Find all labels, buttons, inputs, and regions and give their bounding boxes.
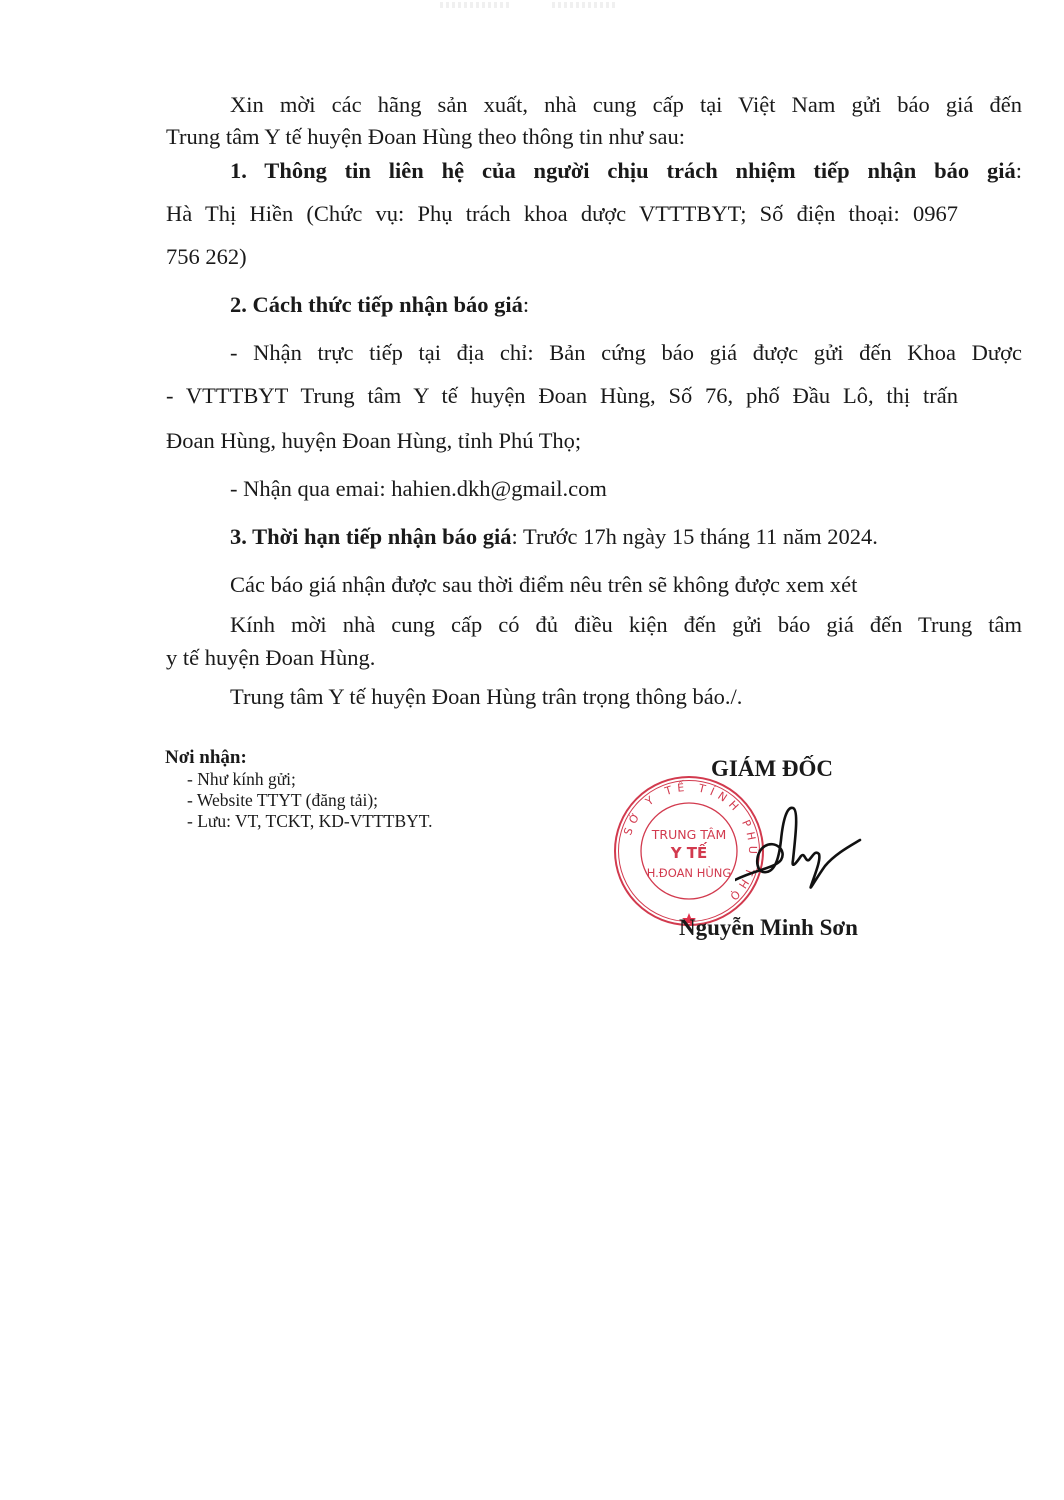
- intro-line-2: Trung tâm Y tế huyện Đoan Hùng theo thôn…: [166, 124, 958, 150]
- section-2-heading: 2. Cách thức tiếp nhận báo giá: [230, 292, 523, 317]
- section-2-colon: :: [523, 292, 529, 317]
- section-2-direct-line-1: - Nhận trực tiếp tại địa chỉ: Bản cứng b…: [166, 340, 1022, 366]
- closing-line: Trung tâm Y tế huyện Đoan Hùng trân trọn…: [166, 684, 1022, 710]
- invite-line-1: Kính mời nhà cung cấp có đủ điều kiện đế…: [166, 612, 1022, 638]
- email-address[interactable]: hahien.dkh@gmail.com: [391, 476, 607, 501]
- section-1-contact-line-1: Hà Thị Hiền (Chức vụ: Phụ trách khoa dượ…: [166, 201, 958, 227]
- recipient-item: - Website TTYT (đăng tải);: [165, 790, 433, 811]
- section-1-colon: :: [1016, 158, 1022, 183]
- invite-line-2: y tế huyện Đoan Hùng.: [166, 645, 958, 671]
- scan-artifact: [552, 2, 618, 8]
- section-2-direct-line-2: - VTTTBYT Trung tâm Y tế huyện Đoan Hùng…: [166, 383, 958, 409]
- email-label: - Nhận qua emai:: [230, 476, 391, 501]
- section-3-line: 3. Thời hạn tiếp nhận báo giá: Trước 17h…: [166, 524, 1022, 550]
- signature-icon: [735, 800, 865, 910]
- svg-text:Y TẾ: Y TẾ: [670, 841, 708, 862]
- recipients-block: Nơi nhận: - Như kính gửi; - Website TTYT…: [165, 746, 433, 832]
- recipients-heading: Nơi nhận:: [165, 746, 433, 769]
- recipient-item: - Lưu: VT, TCKT, KD-VTTTBYT.: [165, 811, 433, 832]
- recipient-item: - Như kính gửi;: [165, 769, 433, 790]
- svg-text:TRUNG TÂM: TRUNG TÂM: [651, 827, 726, 842]
- section-1-contact-line-2: 756 262): [166, 244, 958, 270]
- svg-text:H.ĐOAN HÙNG: H.ĐOAN HÙNG: [647, 865, 732, 880]
- section-2-email-line: - Nhận qua emai: hahien.dkh@gmail.com: [166, 476, 1022, 502]
- section-1-heading-line: 1. Thông tin liên hệ của người chịu trác…: [166, 158, 1022, 184]
- section-2-heading-line: 2. Cách thức tiếp nhận báo giá:: [166, 292, 1022, 318]
- section-1-heading: 1. Thông tin liên hệ của người chịu trác…: [230, 158, 1016, 183]
- section-2-direct-line-3: Đoan Hùng, huyện Đoan Hùng, tỉnh Phú Thọ…: [166, 428, 958, 454]
- section-3-heading: 3. Thời hạn tiếp nhận báo giá: [230, 524, 512, 549]
- signatory-title: GIÁM ĐỐC: [711, 756, 833, 782]
- document-page: Xin mời các hãng sản xuất, nhà cung cấp …: [0, 0, 1064, 1500]
- section-3-deadline: : Trước 17h ngày 15 tháng 11 năm 2024.: [512, 524, 878, 549]
- note-line: Các báo giá nhận được sau thời điểm nêu …: [166, 572, 1022, 598]
- scan-artifact: [440, 2, 510, 8]
- intro-line-1: Xin mời các hãng sản xuất, nhà cung cấp …: [166, 92, 1022, 118]
- signatory-name: Nguyễn Minh Sơn: [679, 915, 858, 941]
